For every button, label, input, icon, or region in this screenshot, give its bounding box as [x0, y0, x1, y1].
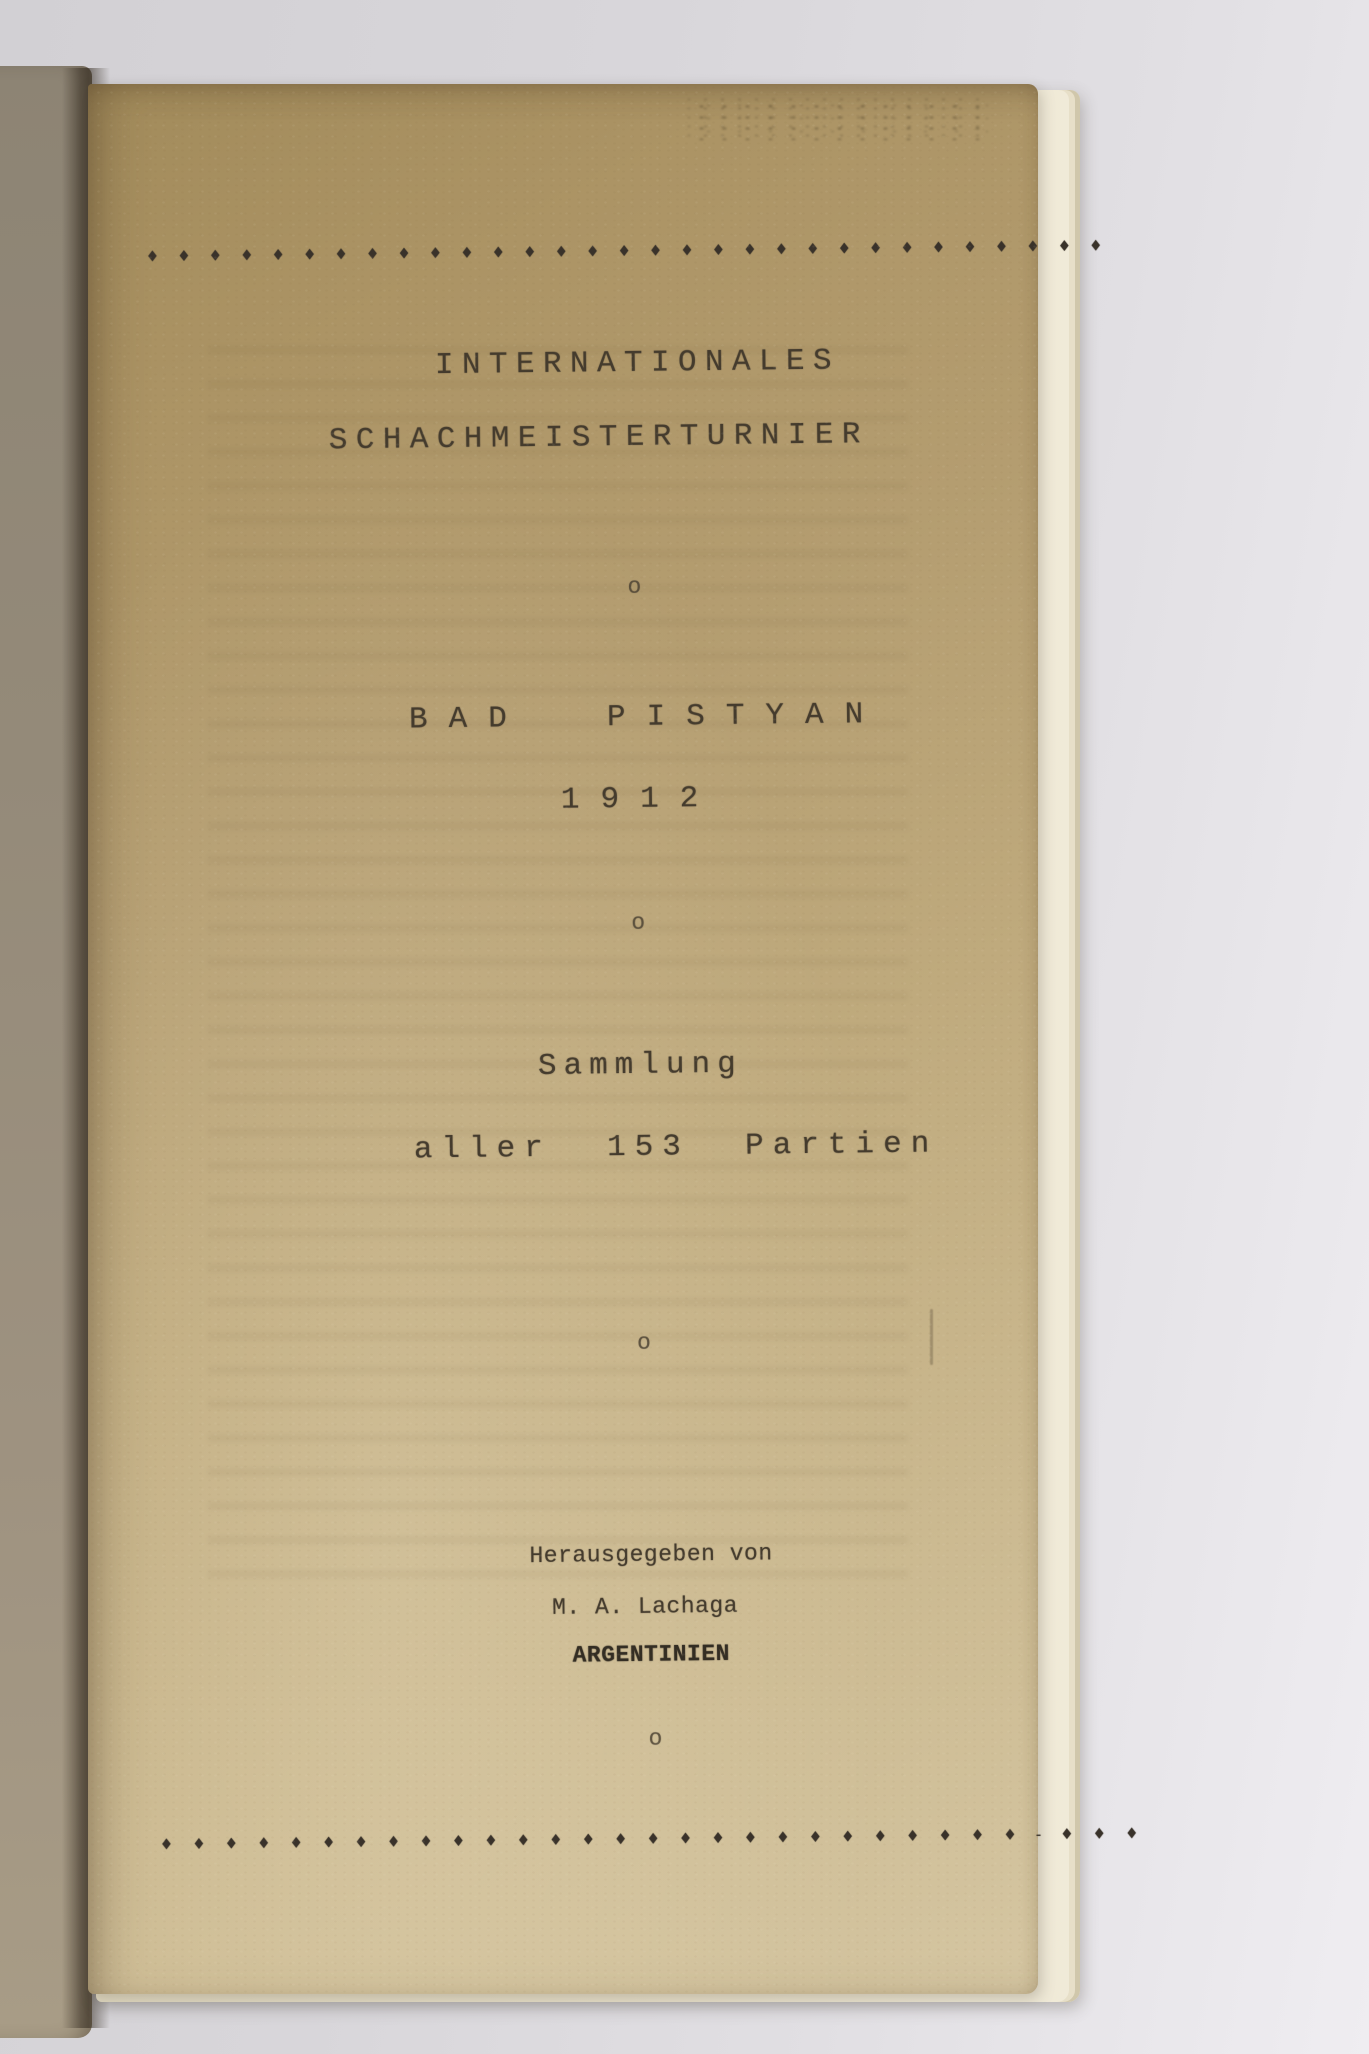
- title-line-2: SCHACHMEISTERTURNIER: [329, 417, 869, 458]
- title-line-1: INTERNATIONALES: [435, 344, 840, 384]
- publisher-country: ARGENTINIEN: [572, 1641, 730, 1669]
- title-page: ♦♦♦♦♦♦♦♦♦♦♦♦♦♦♦♦♦♦♦♦♦♦♦♦♦♦♦♦♦♦♦ INTERNAT…: [88, 84, 1038, 1994]
- ornament-row-top: ♦♦♦♦♦♦♦♦♦♦♦♦♦♦♦♦♦♦♦♦♦♦♦♦♦♦♦♦♦♦♦: [146, 236, 1121, 265]
- separator-4: o: [648, 1726, 662, 1752]
- ornament-row-bottom: ♦♦♦♦♦♦♦♦♦♦♦♦♦♦♦♦♦♦♦♦♦♦♦♦♦♦♦-♦♦♦: [160, 1824, 1158, 1853]
- page-content: ♦♦♦♦♦♦♦♦♦♦♦♦♦♦♦♦♦♦♦♦♦♦♦♦♦♦♦♦♦♦♦ INTERNAT…: [78, 79, 1050, 2000]
- event-name: BAD PISTYAN: [409, 697, 885, 737]
- collection-line-1: Sammlung: [538, 1047, 743, 1084]
- collection-line-2: aller 153 Partien: [414, 1126, 939, 1167]
- event-year: 1912: [561, 781, 720, 818]
- publisher-intro: Herausgegeben von: [529, 1540, 772, 1569]
- separator-1: o: [627, 574, 641, 600]
- separator-3: o: [637, 1330, 651, 1356]
- publisher-name: M. A. Lachaga: [552, 1593, 738, 1621]
- book-photo: ♦♦♦♦♦♦♦♦♦♦♦♦♦♦♦♦♦♦♦♦♦♦♦♦♦♦♦♦♦♦♦ INTERNAT…: [0, 0, 1369, 2054]
- separator-2: o: [631, 910, 645, 936]
